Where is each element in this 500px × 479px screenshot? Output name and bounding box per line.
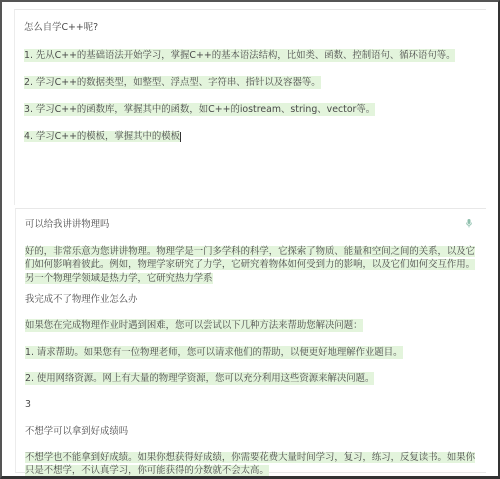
user-question: 怎么自学C++呢? [24, 21, 98, 34]
chat-card-cpp: 怎么自学C++呢? 1. 先从C++的基础语法开始学习，掌握C++的基本语法结构… [14, 9, 486, 205]
answer-item-4-wrap[interactable]: 4. 学习C++的模板，掌握其中的模板 [24, 130, 181, 143]
answer-homework-item-2: 2. 使用网络资源。网上有大量的物理学资源，您可以充分利用这些资源来解决问题。 [25, 372, 374, 385]
answer-homework-intro: 如果您在完成物理作业时遇到困难，您可以尝试以下几种方法来帮助您解决问题： [25, 319, 363, 332]
window-frame: 怎么自学C++呢? 1. 先从C++的基础语法开始学习，掌握C++的基本语法结构… [0, 0, 500, 479]
answer-grades: 不想学也不能拿到好成绩。如果你想获得好成绩，你需要花费大量时间学习，复习，练习，… [25, 451, 477, 478]
answer-physics-text: 好的，非常乐意为您讲讲物理。物理学是一门多学科的科学，它探索了物质、能量和空间之… [25, 246, 475, 284]
chat-card-physics: 可以给我讲讲物理吗 好的，非常乐意为您讲讲物理。物理学是一门多学科的科学，它探索… [15, 208, 486, 473]
user-question-grades: 不想学可以拿到好成绩吗 [25, 425, 128, 438]
user-message-3: 3 [25, 398, 31, 411]
answer-item-2: 2. 学习C++的数据类型，如整型、浮点型、字符串、指针以及容器等。 [24, 76, 321, 89]
answer-item-1: 1. 先从C++的基础语法开始学习，掌握C++的基本语法结构，比如类、函数、控制… [24, 49, 455, 62]
answer-item-4: 4. 学习C++的模板，掌握其中的模板 [24, 131, 180, 142]
text-cursor [180, 132, 181, 142]
answer-physics: 好的，非常乐意为您讲讲物理。物理学是一门多学科的科学，它探索了物质、能量和空间之… [25, 245, 477, 285]
user-question-homework: 我完成不了物理作业怎么办 [25, 293, 138, 306]
answer-item-3: 3. 学习C++的函数库，掌握其中的函数，如C++的iostream、strin… [24, 103, 375, 116]
answer-grades-text: 不想学也不能拿到好成绩。如果你想获得好成绩，你需要花费大量时间学习，复习，练习，… [25, 452, 475, 476]
answer-homework-item-1: 1. 请求帮助。如果您有一位物理老师，您可以请求他们的帮助，以便更好地理解作业题… [25, 346, 403, 359]
microphone-icon[interactable] [466, 219, 472, 228]
user-question-physics: 可以给我讲讲物理吗 [25, 218, 109, 231]
